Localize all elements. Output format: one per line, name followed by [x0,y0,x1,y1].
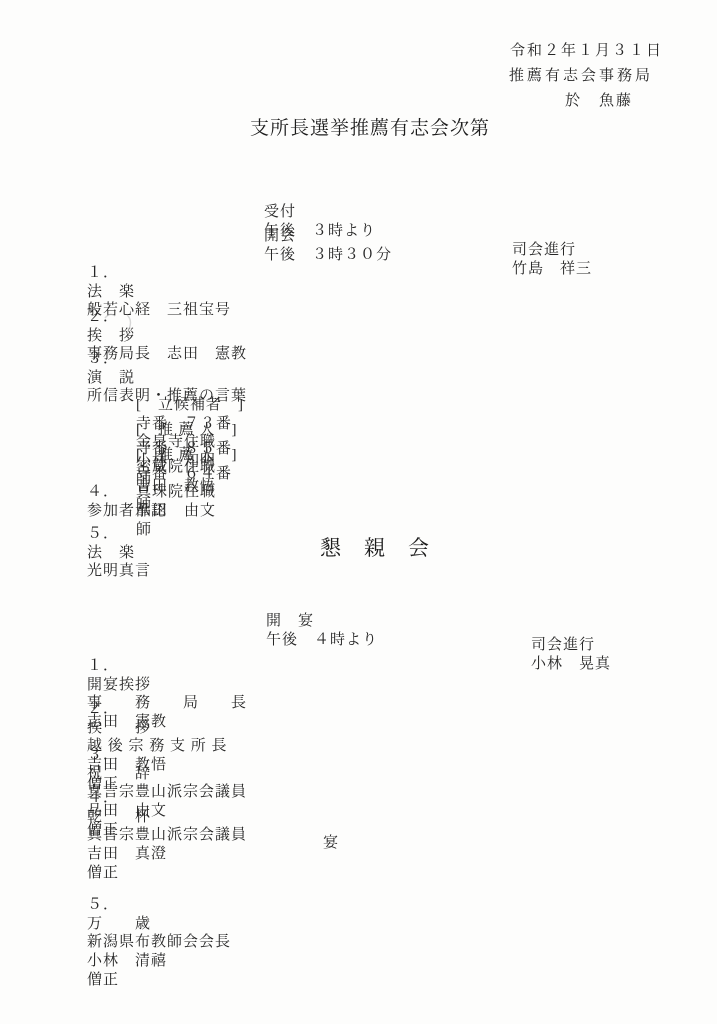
item-title: 万 歳 [87,915,179,934]
opening-label: 開会 [264,227,329,246]
person-role: 新潟県布教師会会長 [87,933,270,952]
opening-time: 午後 ３時３０分 [264,246,392,265]
mc-line-1: 司会進行 竹島 祥三 [493,222,594,297]
item-title: 乾 杯 [87,808,179,827]
banquet-heading: 懇 親 会 [320,535,430,561]
person-name: 吉田 真澄 [87,845,167,864]
person-role: [ 推 薦 人 ] [136,446,279,465]
banquet-interlude: 宴 [323,834,339,853]
item-number: ５． [87,896,117,915]
mc2-name: 小林 晃真 [531,655,611,674]
banquet-item-5: ５． 万 歳 新潟県布教師会会長 小林 清禧 僧正 [68,877,270,1008]
item-number: ２． [87,700,117,719]
header-organization: 推薦有志会事務局 [509,67,653,86]
person-honorific: 僧正 [87,971,119,990]
item-number: ４． [87,789,117,808]
item-number: ３． [87,350,117,369]
header-venue: 於 魚藤 [565,92,633,111]
mc1-name: 竹島 祥三 [512,260,592,279]
item-detail: 光明真言 [87,562,151,581]
scanned-document-page: 令和２年１月３１日 推薦有志会事務局 於 魚藤 支所長選挙推薦有志会次第 受付 … [0,0,717,1024]
item-number: ４． [87,483,117,502]
opening-row: 開会 午後 ３時３０分 [245,208,392,283]
document-title: 支所長選挙推薦有志会次第 [250,117,490,141]
agenda-item-5: ５． 法 楽 光明真言 [68,506,164,600]
item-title: 法 楽 [87,544,164,563]
item-number: １． [87,264,117,283]
item-number: ３． [87,746,117,765]
mc2-label: 司会進行 [531,636,616,655]
mc1-label: 司会進行 [512,241,594,260]
person-name: 小林 清禧 [87,952,167,971]
pencil-mark-artifact [103,305,143,339]
banquet-open-label: 開 宴 [266,612,342,631]
header-date: 令和２年１月３１日 [510,42,663,61]
item-number: １． [87,657,117,676]
person-role: 真言宗豊山派宗会議員 [87,826,270,845]
item-number: ５． [87,525,117,544]
mc-line-2: 司会進行 小林 晃真 [512,617,616,692]
